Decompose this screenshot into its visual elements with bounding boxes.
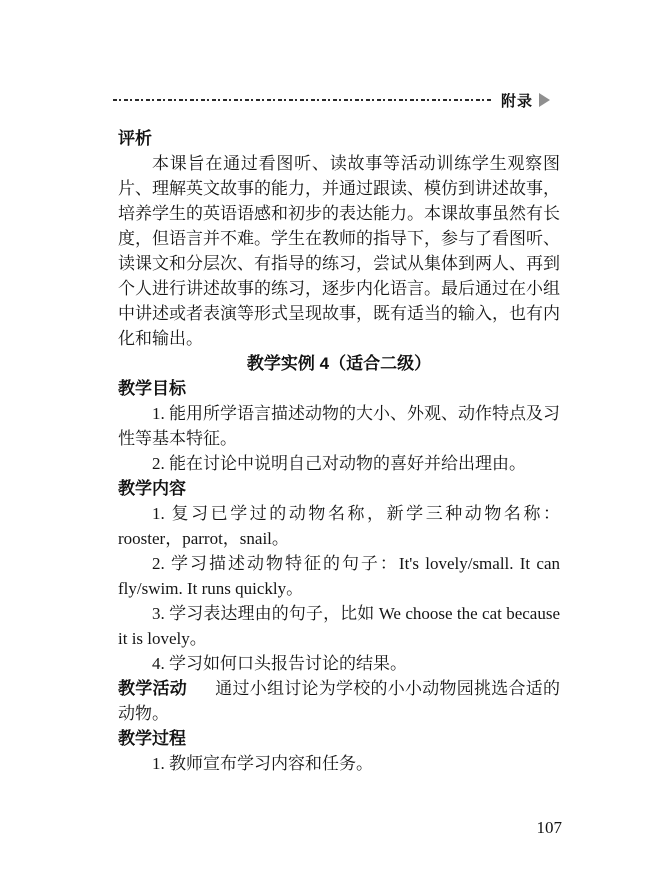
content-heading: 教学内容 (118, 476, 560, 501)
header-section-label: 附录 (501, 90, 533, 111)
review-paragraph: 本课旨在通过看图听、读故事等活动训练学生观察图片、理解英文故事的能力，并通过跟读… (118, 151, 560, 351)
page-header: 附录 (113, 91, 550, 109)
content-item: 4. 学习如何口头报告讨论的结果。 (118, 651, 560, 676)
process-heading: 教学过程 (118, 726, 560, 751)
objectives-heading: 教学目标 (118, 376, 560, 401)
example-title: 教学实例 4（适合二级） (118, 351, 560, 376)
content-item: 2. 学习描述动物特征的句子：It's lovely/small. It can… (118, 551, 560, 601)
activity-heading: 教学活动 (118, 679, 187, 698)
objective-item: 2. 能在讨论中说明自己对动物的喜好并给出理由。 (118, 451, 560, 476)
objective-item: 1. 能用所学语言描述动物的大小、外观、动作特点及习性等基本特征。 (118, 401, 560, 451)
page-content: 评析 本课旨在通过看图听、读故事等活动训练学生观察图片、理解英文故事的能力，并通… (118, 126, 560, 776)
review-heading: 评析 (118, 126, 560, 151)
activity-paragraph: 教学活动通过小组讨论为学校的小小动物园挑选合适的动物。 (118, 676, 560, 726)
right-triangle-icon (539, 93, 550, 107)
content-item: 3. 学习表达理由的句子，比如 We choose the cat becaus… (118, 601, 560, 651)
book-page: 附录 评析 本课旨在通过看图听、读故事等活动训练学生观察图片、理解英文故事的能力… (0, 0, 668, 891)
content-item: 1. 复习已学过的动物名称，新学三种动物名称：rooster，parrot，sn… (118, 501, 560, 551)
header-dotted-rule (113, 99, 493, 101)
process-item: 1. 教师宣布学习内容和任务。 (118, 751, 560, 776)
page-number: 107 (537, 817, 563, 839)
